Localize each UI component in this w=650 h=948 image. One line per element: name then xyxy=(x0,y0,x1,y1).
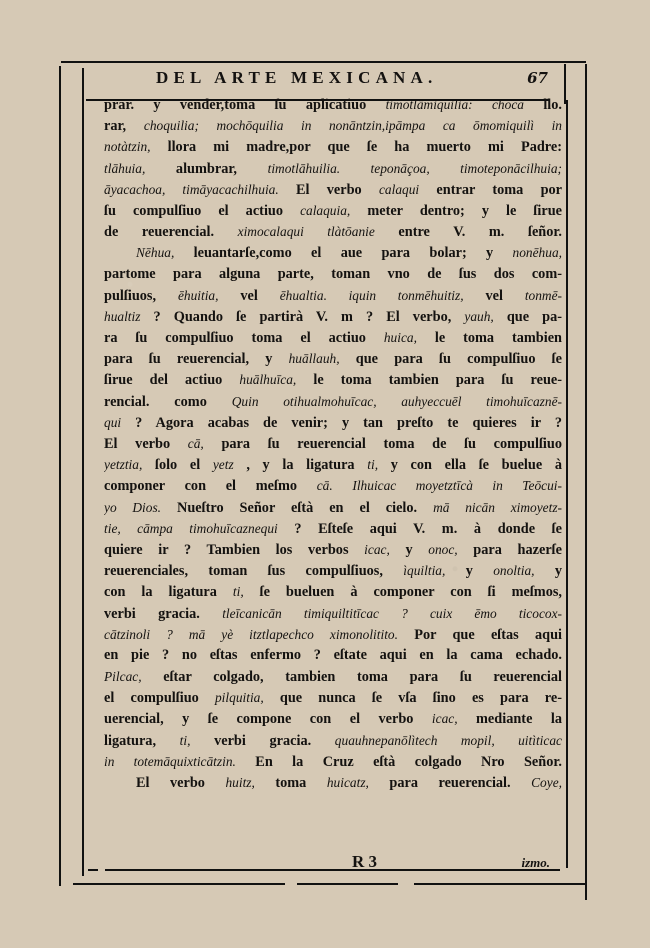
roman-run: El verbo xyxy=(104,436,188,452)
page-number: 67 xyxy=(527,69,548,87)
italic-run: nonēhua, xyxy=(513,245,562,260)
roman-run: verbi gracia. xyxy=(104,606,222,622)
inner-right-rule-header xyxy=(564,64,566,104)
italic-run: huitz, xyxy=(225,775,254,790)
text-line: en pie ? no eſtas enfermo ? eſtate aqui … xyxy=(104,645,562,666)
text-line: āyacachoa, timāyacachilhuia. El verbo ca… xyxy=(104,179,562,200)
roman-run: vel xyxy=(218,288,279,304)
text-line: qui ? Agora acabas de venir; y tan preſt… xyxy=(104,412,562,433)
italic-run: timotlāmiquilia: xyxy=(386,97,473,112)
frame-bottom-rule xyxy=(73,883,585,885)
italic-run: onoltia, xyxy=(493,563,534,578)
roman-run: ſolo el xyxy=(142,457,213,473)
italic-run: huica, xyxy=(384,330,417,345)
roman-run: con la ligatura xyxy=(104,584,233,600)
roman-run: ra ſu compulſiuo toma el actiuo xyxy=(104,330,384,346)
text-line: quiere ir ? Tambien los verbos icac, y o… xyxy=(104,539,562,560)
text-line: ligatura, ti, verbi gracia. quauhnepanōl… xyxy=(104,730,562,751)
roman-run: ? Agora acabas de venir; y tan preſto te… xyxy=(121,415,562,431)
italic-run: ēhuitia, xyxy=(178,288,219,303)
roman-run: toma xyxy=(255,775,327,791)
italic-run: Pilcac, xyxy=(104,669,142,684)
roman-run: El verbo xyxy=(279,182,379,198)
text-line: ſu compulſiuo el actiuo calaquia, meter … xyxy=(104,200,562,221)
italic-run: Coye, xyxy=(531,775,562,790)
italic-run: onoc, xyxy=(428,542,457,557)
roman-run: rencial. como xyxy=(104,394,232,410)
roman-run: Por que eſtas aqui xyxy=(398,627,562,643)
italic-run: huāllauh, xyxy=(289,351,340,366)
roman-run: vel xyxy=(464,288,525,304)
roman-run: y con ella ſe buelue à xyxy=(378,457,562,473)
text-line: tie, cāmpa timohuīcaznequi ? Eſteſe aqui… xyxy=(104,518,562,539)
roman-run: ligatura, xyxy=(104,733,180,749)
roman-run: de reuerencial. xyxy=(104,224,238,240)
roman-run: y xyxy=(445,563,493,579)
italic-run: choca xyxy=(492,97,524,112)
roman-run: verbi gracia. xyxy=(190,733,334,749)
italic-run: qui xyxy=(104,415,121,430)
text-line: El verbo huitz, toma huicatz, para reuer… xyxy=(104,772,562,793)
text-line: rar, choquilia; mochōquilia in nonāntzin… xyxy=(104,115,562,136)
roman-run: y xyxy=(390,542,428,558)
italic-run: huicatz, xyxy=(327,775,369,790)
italic-run: calaquia, xyxy=(300,203,350,218)
roman-run: reuerenciales, toman ſus compulſiuos, xyxy=(104,563,403,579)
italic-run: ximocalaqui tlàtōanie xyxy=(238,224,375,239)
roman-run: que para ſu compulſiuo ſe xyxy=(340,351,562,367)
roman-run xyxy=(333,478,353,494)
text-line: para ſu reuerencial, y huāllauh, que par… xyxy=(104,348,562,369)
italic-run: tonmē- xyxy=(525,288,562,303)
italic-run: notàtzin, xyxy=(104,139,151,154)
text-line: partome para alguna parte, toman vno de … xyxy=(104,264,562,285)
text-line: El verbo cā, para ſu reuerencial toma de… xyxy=(104,433,562,454)
frame-bottom-gap xyxy=(285,882,297,886)
roman-run: para hazerſe xyxy=(458,542,562,558)
roman-run: que pa- xyxy=(494,309,562,325)
roman-run: para ſu reuerencial, y xyxy=(104,351,289,367)
roman-run: pulſiuos, xyxy=(104,288,178,304)
italic-run: cā. xyxy=(317,478,333,493)
roman-run: leuantarſe,como el aue para bolar; y xyxy=(174,245,512,261)
italic-run: choquilia; mochōquilia in nonāntzin,ipām… xyxy=(144,118,562,133)
italic-run: Ilhuicac moyetztīcà in Teōcui- xyxy=(352,478,562,493)
roman-run: el compulſiuo xyxy=(104,690,215,706)
text-line: reuerenciales, toman ſus compulſiuos, ìq… xyxy=(104,560,562,581)
text-line: pulſiuos, ēhuitia, vel ēhualtia. iquin t… xyxy=(104,285,562,306)
text-line: con la ligatura ti, ſe bueluen à compone… xyxy=(104,581,562,602)
italic-run: tleīcanicān timiquiltitīcac ? cuix ēmo t… xyxy=(222,606,562,621)
italic-run: yetz xyxy=(213,457,234,472)
italic-run: yetztia, xyxy=(104,457,142,472)
roman-run: ſirue del actiuo xyxy=(104,372,239,388)
roman-run: meter dentro; y le ſirue xyxy=(350,203,562,219)
roman-run: mediante la xyxy=(458,711,562,727)
roman-run: para ſu reuerencial toma de ſu compulſiu… xyxy=(204,436,562,452)
italic-run: calaqui xyxy=(379,182,419,197)
text-line: rencial. como Quin otihualmohuīcac, auhy… xyxy=(104,391,562,412)
frame-right-rule xyxy=(585,64,587,900)
italic-run: huālhuīca, xyxy=(239,372,296,387)
roman-run: llora mi madre,por que ſe ha muerto mi P… xyxy=(151,139,562,155)
roman-run: eſtar colgado, tambien toma para ſu reue… xyxy=(142,669,562,685)
roman-run: partome para alguna parte, toman vno de … xyxy=(104,266,562,282)
book-page: DEL ARTE MEXICANA. 67 prar. y vender,tom… xyxy=(0,0,650,948)
italic-run: quauhnepanōlìtech mopil, uitìticac xyxy=(335,733,562,748)
roman-run: uerencial, y ſe compone con el verbo xyxy=(104,711,432,727)
italic-run: cā, xyxy=(188,436,204,451)
italic-run: mā nicān ximoyetz- xyxy=(433,500,562,515)
roman-run: El verbo xyxy=(136,775,225,791)
roman-run: En la Cruz eſtà colgado Nro Señor. xyxy=(236,754,562,770)
roman-run: prar. y vender,toma ſu aplicatiuo xyxy=(104,97,386,113)
frame-bottom-gap xyxy=(398,882,414,886)
roman-run: llo. xyxy=(524,97,562,113)
inner-left-rule xyxy=(82,68,84,876)
italic-run: ti, xyxy=(233,584,244,599)
frame-left-rule xyxy=(59,66,61,886)
inner-right-rule xyxy=(566,100,568,868)
roman-run: , y la ligatura xyxy=(234,457,368,473)
text-line: yo Dios. Nueſtro Señor eſtà en el cielo.… xyxy=(104,497,562,518)
roman-run: componer con el meſmo xyxy=(104,478,317,494)
roman-run: para reuerencial. xyxy=(369,775,531,791)
italic-run: icac, xyxy=(432,711,458,726)
catchword: izmo. xyxy=(521,855,550,871)
text-line: componer con el meſmo cā. Ilhuicac moyet… xyxy=(104,475,562,496)
italic-run: pilquitia, xyxy=(215,690,264,705)
italic-run: yo Dios. xyxy=(104,500,161,515)
running-head: DEL ARTE MEXICANA. 67 xyxy=(90,68,560,94)
roman-run xyxy=(473,97,492,113)
italic-run: timotlāhuilia. teponāçoa, timoteponācilh… xyxy=(268,161,562,176)
italic-run: in totemāquixticātzin. xyxy=(104,754,236,769)
italic-run: āyacachoa, timāyacachilhuia. xyxy=(104,182,279,197)
text-line: de reuerencial. ximocalaqui tlàtōanie en… xyxy=(104,221,562,242)
italic-run: ti, xyxy=(180,733,191,748)
text-line: el compulſiuo pilquitia, que nunca ſe vſ… xyxy=(104,687,562,708)
roman-run: que nunca ſe vſa ſino es para re- xyxy=(264,690,562,706)
text-line: ra ſu compulſiuo toma el actiuo huica, l… xyxy=(104,327,562,348)
italic-run: Nēhua, xyxy=(136,245,174,260)
italic-run: hualtiz xyxy=(104,309,140,324)
text-line: ſirue del actiuo huālhuīca, le toma tamb… xyxy=(104,369,562,390)
italic-run: yauh, xyxy=(464,309,493,324)
roman-run: ſe bueluen à componer con ſi meſmos, xyxy=(244,584,562,600)
text-line: notàtzin, llora mi madre,por que ſe ha m… xyxy=(104,136,562,157)
roman-run: y xyxy=(535,563,563,579)
text-line: Pilcac, eſtar colgado, tambien toma para… xyxy=(104,666,562,687)
text-line: verbi gracia. tleīcanicān timiquiltitīca… xyxy=(104,603,562,624)
italic-run: ti, xyxy=(367,457,378,472)
italic-run: Quin otihualmohuīcac, auhyeccuēl timohuī… xyxy=(232,394,562,409)
roman-run: alumbrar, xyxy=(145,161,267,177)
italic-run: ìquiltia, xyxy=(403,563,445,578)
roman-run: rar, xyxy=(104,118,144,134)
text-line: tlāhuia, alumbrar, timotlāhuilia. teponā… xyxy=(104,158,562,179)
text-line: hualtiz ? Quando ſe partirà V. m ? El ve… xyxy=(104,306,562,327)
roman-run: ſu compulſiuo el actiuo xyxy=(104,203,300,219)
text-line: prar. y vender,toma ſu aplicatiuo timotl… xyxy=(104,94,562,115)
roman-run: le toma tambien para ſu reue- xyxy=(296,372,562,388)
italic-run: tlāhuia, xyxy=(104,161,145,176)
roman-run: entre V. m. ſeñor. xyxy=(375,224,562,240)
signature-mark: R 3 xyxy=(352,852,377,872)
frame-top-rule xyxy=(61,61,586,63)
roman-run: le toma tambien xyxy=(417,330,562,346)
roman-run: Nueſtro Señor eſtà en el cielo. xyxy=(161,500,433,516)
page-footer: R 3 izmo. xyxy=(90,852,560,880)
text-line: uerencial, y ſe compone con el verbo ica… xyxy=(104,708,562,729)
text-line: Nēhua, leuantarſe,como el aue para bolar… xyxy=(104,242,562,263)
body-text: prar. y vender,toma ſu aplicatiuo timotl… xyxy=(104,94,562,793)
italic-run: ēhualtia. iquin tonmēhuitiz, xyxy=(280,288,464,303)
roman-run: ? Eſteſe aqui V. m. à donde ſe xyxy=(278,521,562,537)
roman-run: quiere ir ? Tambien los verbos xyxy=(104,542,364,558)
roman-run: ? Quando ſe partirà V. m ? El verbo, xyxy=(140,309,464,325)
text-line: cātzinoli ? mā yè itztlapechco ximonolit… xyxy=(104,624,562,645)
text-line: in totemāquixticātzin. En la Cruz eſtà c… xyxy=(104,751,562,772)
italic-run: cātzinoli ? mā yè itztlapechco ximonolit… xyxy=(104,627,398,642)
italic-run: icac, xyxy=(364,542,390,557)
italic-run: tie, cāmpa timohuīcaznequi xyxy=(104,521,278,536)
running-title: DEL ARTE MEXICANA. xyxy=(156,68,437,88)
text-line: yetztia, ſolo el yetz , y la ligatura ti… xyxy=(104,454,562,475)
roman-run: en pie ? no eſtas enfermo ? eſtate aqui … xyxy=(104,647,562,663)
roman-run: entrar toma por xyxy=(419,182,562,198)
